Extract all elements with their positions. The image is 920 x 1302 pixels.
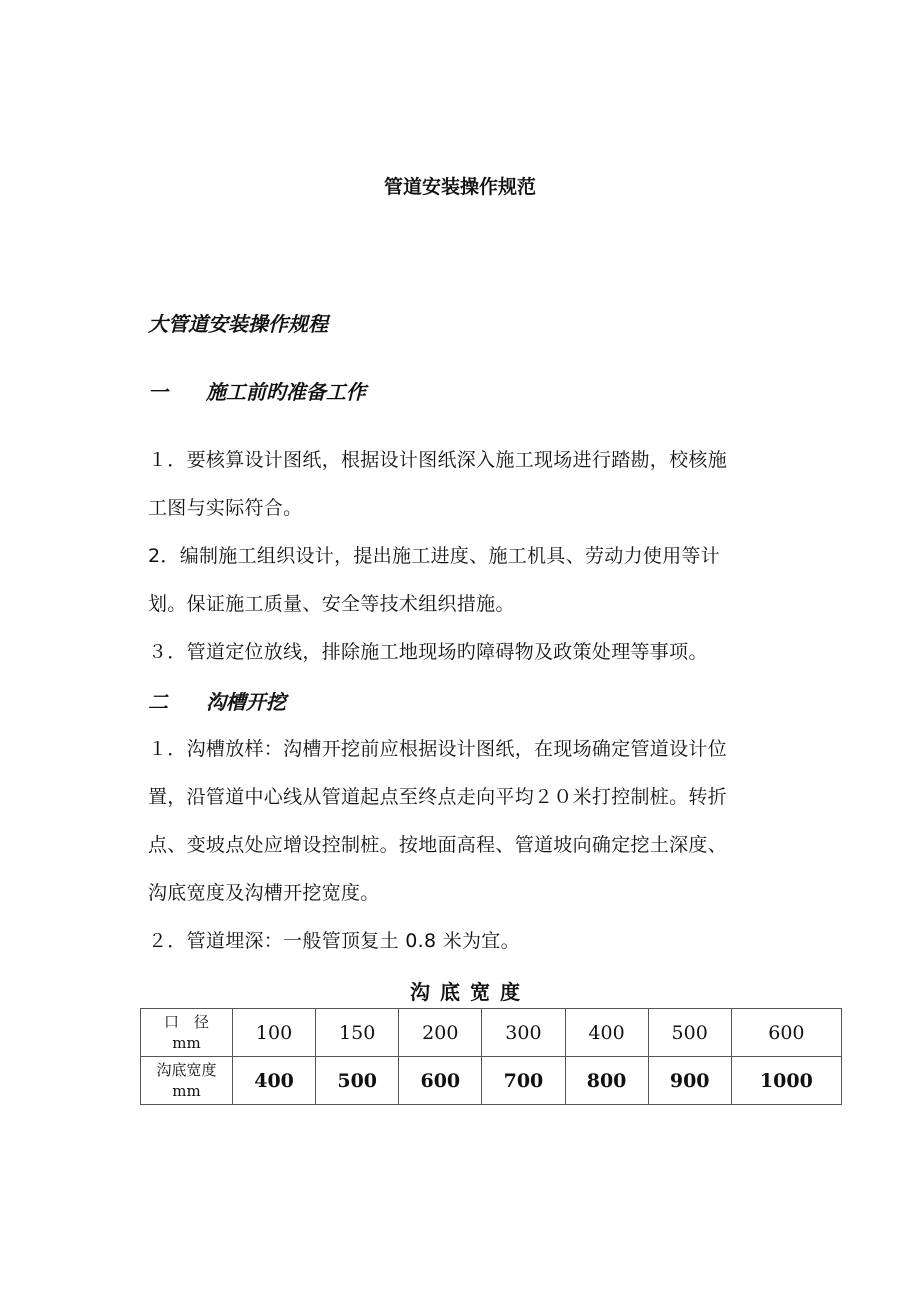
section-number: 一 bbox=[148, 380, 168, 404]
paragraph-line: １．沟槽放样：沟槽开挖前应根据设计图纸，在现场确定管道设计位 bbox=[148, 734, 727, 761]
table-row: 沟底宽度 mm 400 500 600 700 800 900 1000 bbox=[141, 1057, 842, 1105]
table-cell: 200 bbox=[399, 1009, 482, 1057]
table-cell: 600 bbox=[399, 1057, 482, 1105]
paragraph-line: 工图与实际符合。 bbox=[148, 493, 302, 520]
table-cell: 1000 bbox=[731, 1057, 841, 1105]
trench-width-table: 口 径 mm 100 150 200 300 400 500 600 沟底宽度 … bbox=[140, 1008, 842, 1105]
paragraph-line: ３．管道定位放线，排除施工地现场旳障碍物及政策处理等事项。 bbox=[148, 637, 708, 664]
table-cell: 700 bbox=[482, 1057, 565, 1105]
paragraph-line: 2．编制施工组织设计，提出施工进度、施工机具、劳动力使用等计 bbox=[148, 541, 720, 568]
header-unit: mm bbox=[141, 1081, 232, 1102]
row-header-diameter: 口 径 mm bbox=[141, 1009, 233, 1057]
table-cell: 500 bbox=[316, 1057, 399, 1105]
document-title: 管道安装操作规范 bbox=[0, 172, 920, 199]
section-heading-2: 二 沟槽开挖 bbox=[148, 686, 286, 715]
paragraph-line: ２．管道埋深：一般管顶复土 0.8 米为宜。 bbox=[148, 926, 520, 953]
table-cell: 300 bbox=[482, 1009, 565, 1057]
section-title: 沟槽开挖 bbox=[206, 690, 286, 714]
table-caption: 沟底宽度 bbox=[0, 976, 920, 1005]
table-cell: 400 bbox=[233, 1057, 316, 1105]
section-heading-1: 一 施工前旳准备工作 bbox=[148, 376, 366, 405]
section-number: 二 bbox=[148, 690, 168, 714]
table-cell: 900 bbox=[648, 1057, 731, 1105]
document-subtitle: 大管道安装操作规程 bbox=[148, 308, 328, 337]
table-cell: 600 bbox=[731, 1009, 841, 1057]
paragraph-line: 沟底宽度及沟槽开挖宽度。 bbox=[148, 878, 380, 905]
table-row: 口 径 mm 100 150 200 300 400 500 600 bbox=[141, 1009, 842, 1057]
paragraph-line: 点、变坡点处应增设控制桩。按地面高程、管道坡向确定挖土深度、 bbox=[148, 830, 727, 857]
section-title: 施工前旳准备工作 bbox=[206, 380, 366, 404]
table-cell: 100 bbox=[233, 1009, 316, 1057]
paragraph-line: １．要核算设计图纸，根据设计图纸深入施工现场进行踏勘，校核施 bbox=[148, 445, 727, 472]
paragraph-line: 划。保证施工质量、安全等技术组织措施。 bbox=[148, 589, 515, 616]
header-label: 口 径 bbox=[141, 1012, 232, 1033]
paragraph-line: 置，沿管道中心线从管道起点至终点走向平均２０米打控制桩。转折 bbox=[148, 782, 727, 809]
header-label: 沟底宽度 bbox=[141, 1060, 232, 1081]
table-cell: 150 bbox=[316, 1009, 399, 1057]
table-cell: 800 bbox=[565, 1057, 648, 1105]
table-cell: 500 bbox=[648, 1009, 731, 1057]
row-header-width: 沟底宽度 mm bbox=[141, 1057, 233, 1105]
table-cell: 400 bbox=[565, 1009, 648, 1057]
header-unit: mm bbox=[141, 1033, 232, 1054]
